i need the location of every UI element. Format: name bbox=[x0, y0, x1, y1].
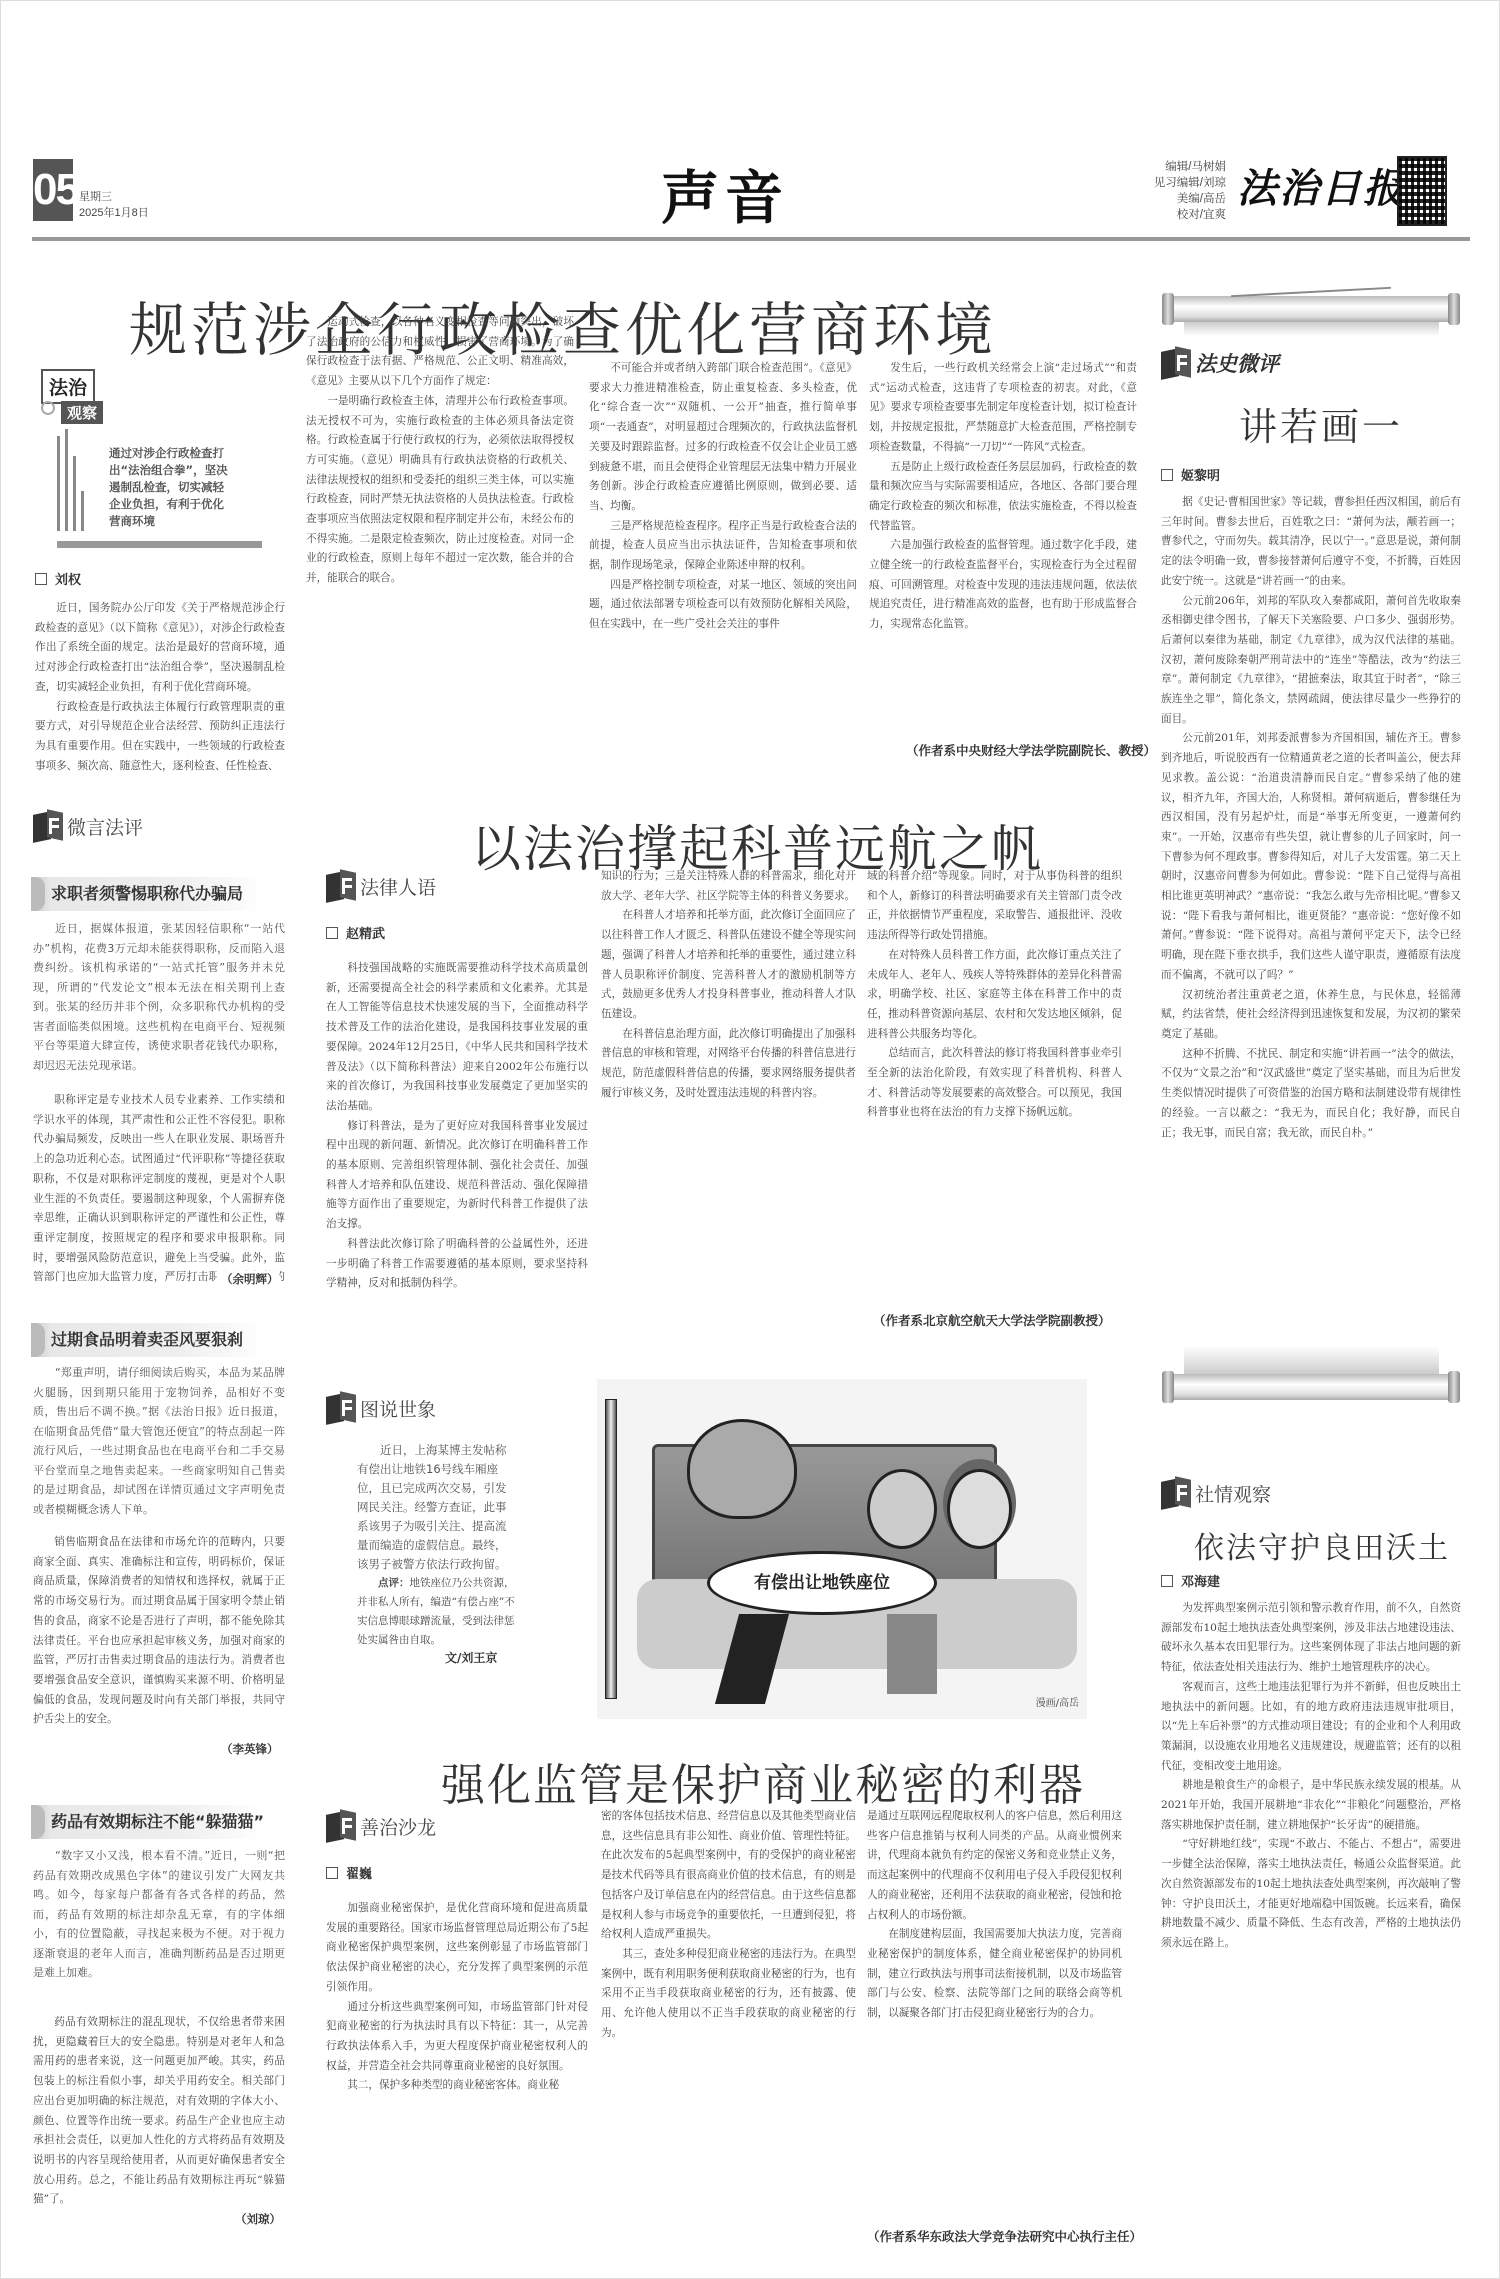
paragraph: 五是防止上级行政检查任务层层加码，行政检查的数量和频次应当与实际需要相适应，各地… bbox=[869, 458, 1137, 537]
article-column: 域的科普介绍”等现象。同时，对于从事伪科普的组织和个人，新修订的科普法明确要求有… bbox=[867, 867, 1122, 1289]
scroll-bottom-rod bbox=[1166, 1374, 1456, 1400]
section-title: 声音 bbox=[661, 151, 789, 235]
scroll-paper-shade bbox=[1184, 1346, 1439, 1374]
cartoon-legs bbox=[887, 1614, 937, 1694]
scroll-paper-shade bbox=[1184, 322, 1439, 336]
article-column: 不可能合并或者纳入跨部门联合检查范围”。《意见》要求大力推进精准检查，防止重复检… bbox=[589, 359, 857, 789]
paragraph: 在制度建构层面，我国需要加大执法力度，完善商业秘密保护的制度体系，健全商业秘密保… bbox=[867, 1925, 1122, 2024]
paragraph: 这种不折腾、不扰民、制定和实施“讲若画一”法令的做法，不仅为“文景之治”和“汉武… bbox=[1161, 1045, 1461, 1144]
column-tag-history: 法史微评 bbox=[1161, 346, 1279, 380]
observation-tag-bottom: 观察 bbox=[61, 401, 103, 424]
paragraph: “郑重声明，请仔细阅读后购买，本品为某品牌火腿肠，因到期只能用于宠物饲养，品相好… bbox=[33, 1363, 285, 1519]
picture-author: 文/刘王京 bbox=[445, 1649, 497, 1666]
byline-box-icon bbox=[1161, 469, 1173, 481]
paragraph: 通过分析这些典型案例可知，市场监管部门针对侵犯商业秘密的行为执法时具有以下特征：… bbox=[326, 1998, 588, 2077]
author-name: 姬黎明 bbox=[1181, 469, 1220, 484]
item-title: 药品有效期标注不能“躲猫猫” bbox=[31, 1805, 266, 1839]
scroll-rod bbox=[1166, 296, 1456, 322]
item-lead: “郑重声明，请仔细阅读后购买，本品为某品牌火腿肠，因到期只能用于宠物饲养，品相好… bbox=[33, 1363, 285, 1521]
scroll-top-rod bbox=[1166, 296, 1456, 322]
cartoon-illustration: 有偿出让地铁座位 漫画/高岳 bbox=[597, 1379, 1087, 1719]
column-tag-label: 微言法评 bbox=[67, 813, 143, 840]
paragraph: 发生后，一些行政机关经常会上演“走过场式”“和责式”运动式检查，这违背了专项检查… bbox=[869, 359, 1137, 458]
author-note: （作者系华东政法大学竞争法研究中心执行主任） bbox=[867, 2227, 1142, 2245]
paragraph: 公元前206年，刘邦的军队攻入秦都咸阳，萧何首先收取秦丞相御史律令图书，了解天下… bbox=[1161, 592, 1461, 730]
paragraph: 知识的行为；三是关注特殊人群的科普需求，细化对开放大学、老年大学、社区学院等主体… bbox=[601, 867, 856, 906]
article-column: 加强商业秘密保护，是优化营商环境和促进高质量发展的重要路径。国家市场监督管理总局… bbox=[326, 1899, 588, 2239]
paragraph: 四是严格控制专项检查，对某一地区、领域的突出问题，通过依法部署专项检查可以有效预… bbox=[589, 576, 857, 635]
observation-tag-top: 法治 bbox=[41, 369, 95, 404]
editor-credit: 美编/高岳 bbox=[1146, 191, 1226, 207]
item-signature: （李英锋） bbox=[217, 1741, 279, 1757]
cartoon-credit: 漫画/高岳 bbox=[1036, 1694, 1079, 1709]
editor-credit: 见习编辑/刘琼 bbox=[1146, 175, 1226, 191]
column-tag-law: 法律人语 bbox=[326, 869, 436, 903]
article-column: 科技强国战略的实施既需要推动科学技术高质量创新，还需要提高全社会的科学素质和文化… bbox=[326, 959, 588, 1359]
f-cube-icon bbox=[326, 869, 356, 903]
column-tag-picture: 图说世象 bbox=[326, 1391, 436, 1425]
decorative-base-bar bbox=[57, 541, 262, 548]
paragraph: 行政检查是行政执法主体履行行政管理职责的重要方式，对引导规范企业合法经营、预防纠… bbox=[35, 698, 285, 777]
headline-secrets: 强化监管是保护商业秘密的利器 bbox=[441, 1749, 1085, 1813]
pull-quote: 通过对涉企行政检查打出“法治组合拳”，坚决遏制乱检查，切实减轻企业负担，有利于优… bbox=[109, 445, 229, 530]
column-tag-label: 善治沙龙 bbox=[360, 1813, 436, 1840]
byline: 赵精武 bbox=[326, 923, 385, 942]
item-body: 药品有效期标注的混乱现状，不仅给患者带来困扰，更隐藏着巨大的安全隐患。特别是对老… bbox=[33, 2013, 285, 2231]
scroll-rod bbox=[1166, 1374, 1456, 1400]
f-cube-icon bbox=[33, 809, 63, 843]
editor-credit: 编辑/马树娟 bbox=[1146, 159, 1226, 175]
date: 2025年1月8日 bbox=[79, 205, 149, 221]
byline: 翟巍 bbox=[326, 1863, 372, 1882]
column-tag-label: 社情观察 bbox=[1195, 1480, 1271, 1507]
paragraph: 销售临期食品在法律和市场允许的范畴内，只要商家全面、真实、准确标注和宣传，明码标… bbox=[33, 1533, 285, 1730]
column-tag-label: 法史微评 bbox=[1195, 348, 1279, 378]
paragraph: 运动式检查，以各种名义变相检查等问题突出，破坏了法治政府的公信力和权威性，损害了… bbox=[306, 313, 574, 392]
cartoon-pole bbox=[605, 1399, 617, 1699]
issue-date: 星期三 2025年1月8日 bbox=[79, 189, 149, 221]
article-column: 密的客体包括技术信息、经营信息以及其他类型商业信息，这些信息具有非公知性、商业价… bbox=[601, 1807, 856, 2239]
paragraph: “数字又小又浅，根本看不清。”近日，一则“把药品有效期改成黑色字体”的建议引发广… bbox=[33, 1846, 285, 1983]
page-number: 05 bbox=[33, 159, 73, 221]
paragraph: 近日，国务院办公厅印发《关于严格规范涉企行政检查的意见》（以下简称《意见》），对… bbox=[35, 599, 285, 698]
paragraph: 科普法此次修订除了明确科普的公益属性外，还进一步明确了科普工作需要遵循的基本原则… bbox=[326, 1235, 588, 1294]
paragraph: 在科普人才培养和托举方面，此次修订全面回应了以往科普工作人才匮乏、科普队伍建设不… bbox=[601, 906, 856, 1024]
item-lead: “数字又小又浅，根本看不清。”近日，一则“把药品有效期改成黑色字体”的建议引发广… bbox=[33, 1846, 285, 2004]
byline-box-icon bbox=[326, 927, 338, 939]
item-lead: 近日，据媒体报道，张某因轻信职称“一站代办”机构，花费3万元却未能获得职称，反而… bbox=[33, 919, 285, 1077]
item-title: 过期食品明着卖歪风要狠刹 bbox=[31, 1323, 266, 1357]
comment-label: 点评： bbox=[378, 1577, 410, 1589]
item-signature: （余明辉） bbox=[217, 1271, 279, 1287]
paragraph: 在对特殊人员科普工作方面，此次修订重点关注了未成年人、老年人、残疾人等特殊群体的… bbox=[867, 946, 1122, 1045]
paragraph: 其三，查处多种侵犯商业秘密的违法行为。在典型案例中，既有利用职务便利获取商业秘密… bbox=[601, 1945, 856, 2044]
column-tag-micro: 微言法评 bbox=[33, 809, 143, 843]
byline: 邓海建 bbox=[1161, 1571, 1220, 1590]
cartoon-man-head bbox=[687, 1419, 797, 1519]
cartoon-old-man-head bbox=[867, 1469, 937, 1549]
f-cube-icon bbox=[326, 1809, 356, 1843]
paragraph: 职称评定是专业技术人员专业素养、工作实绩和学识水平的体现，其严肃性和公正性不容侵… bbox=[33, 1091, 285, 1288]
author-name: 赵精武 bbox=[346, 927, 385, 942]
item-signature: （刘琼） bbox=[231, 2211, 281, 2227]
paragraph: 药品有效期标注的混乱现状，不仅给患者带来困扰，更隐藏着巨大的安全隐患。特别是对老… bbox=[33, 2013, 285, 2210]
f-cube-icon bbox=[1161, 346, 1191, 380]
column-tag-label: 图说世象 bbox=[360, 1395, 436, 1422]
column-tag-social: 社情观察 bbox=[1161, 1476, 1271, 1510]
picture-text: 近日，上海某博主发帖称有偿出让地铁16号线车厢座位，且已完成两次交易，引发网民关… bbox=[357, 1441, 517, 1574]
decorative-bars bbox=[57, 429, 89, 531]
article-column: 近日，国务院办公厅印发《关于严格规范涉企行政检查的意见》（以下简称《意见》），对… bbox=[35, 599, 285, 779]
headline-history: 讲若画一 bbox=[1239, 396, 1403, 451]
byline-box-icon bbox=[35, 573, 47, 585]
article-column: 据《史记·曹相国世家》等记载，曹参担任西汉相国，前后有三年时间。曹参去世后，百姓… bbox=[1161, 493, 1461, 1333]
item-body: 销售临期食品在法律和市场允许的范畴内，只要商家全面、真实、准确标注和宣传，明码标… bbox=[33, 1533, 285, 1759]
author-note: （作者系北京航空航天大学法学院副教授） bbox=[873, 1311, 1111, 1329]
byline: 刘权 bbox=[35, 569, 81, 588]
editor-credit: 校对/宜爽 bbox=[1146, 207, 1226, 223]
magnifier-icon bbox=[41, 401, 55, 415]
paragraph: 是通过互联网远程爬取权利人的客户信息，然后利用这些客户信息推销与权利人同类的产品… bbox=[867, 1807, 1122, 1925]
editor-credits: 编辑/马树娟 见习编辑/刘琼 美编/高岳 校对/宜爽 bbox=[1146, 159, 1226, 223]
paragraph: 其二，保护多种类型的商业秘密客体。商业秘 bbox=[326, 2076, 588, 2096]
f-cube-icon bbox=[1161, 1476, 1191, 1510]
cartoon-woman-head bbox=[947, 1469, 1012, 1549]
paragraph: 三是严格规范检查程序。程序正当是行政检查合法的前提，检查人员应当出示执法证件，告… bbox=[589, 517, 857, 576]
article-column: 为发挥典型案例示范引领和警示教育作用，前不久，自然资源部发布10起土地执法查处典… bbox=[1161, 1599, 1461, 2239]
item-body: 职称评定是专业技术人员专业素养、工作实绩和学识水平的体现，其严肃性和公正性不容侵… bbox=[33, 1091, 285, 1288]
headline-social: 依法守护良田沃土 bbox=[1194, 1523, 1450, 1567]
paragraph: 修订科普法，是为了更好应对我国科普事业发展过程中出现的新问题、新情况。此次修订在… bbox=[326, 1117, 588, 1235]
paragraph: 耕地是粮食生产的命根子，是中华民族永续发展的根基。从2021年开始，我国开展耕地… bbox=[1161, 1776, 1461, 1835]
paragraph: 六是加强行政检查的监督管理。通过数字化手段，建立健全统一的行政检查监督平台，实现… bbox=[869, 536, 1137, 635]
f-cube-icon bbox=[326, 1391, 356, 1425]
paragraph: 汉初统治者注重黄老之道，休养生息，与民休息，轻徭薄赋，约法省禁，使社会经济得到迅… bbox=[1161, 986, 1461, 1045]
paragraph: 不可能合并或者纳入跨部门联合检查范围”。《意见》要求大力推进精准检查，防止重复检… bbox=[589, 359, 857, 517]
qr-code-icon bbox=[1397, 156, 1447, 226]
item-title: 求职者须警惕职称代办骗局 bbox=[31, 877, 266, 911]
author-name: 刘权 bbox=[55, 573, 81, 588]
paragraph: 客观而言，这些土地违法犯罪行为并不新鲜，但也反映出土地执法中的新问题。比如，有的… bbox=[1161, 1678, 1461, 1777]
paragraph: 域的科普介绍”等现象。同时，对于从事伪科普的组织和个人，新修订的科普法明确要求有… bbox=[867, 867, 1122, 946]
paragraph: 科技强国战略的实施既需要推动科学技术高质量创新，还需要提高全社会的科学素质和文化… bbox=[326, 959, 588, 1117]
article-column: 知识的行为；三是关注特殊人群的科普需求，细化对开放大学、老年大学、社区学院等主体… bbox=[601, 867, 856, 1361]
byline-box-icon bbox=[1161, 1575, 1173, 1587]
paragraph: “守好耕地红线”，实现“不敢占、不能占、不想占”，需要进一步健全法治保障，落实土… bbox=[1161, 1835, 1461, 1953]
paragraph: 据《史记·曹相国世家》等记载，曹参担任西汉相国，前后有三年时间。曹参去世后，百姓… bbox=[1161, 493, 1461, 592]
author-name: 邓海建 bbox=[1181, 1575, 1220, 1590]
masthead-divider bbox=[32, 237, 1470, 241]
paper-logo: 法治日报 bbox=[1237, 157, 1405, 214]
paragraph: 密的客体包括技术信息、经营信息以及其他类型商业信息，这些信息具有非公知性、商业价… bbox=[601, 1807, 856, 1945]
author-note: （作者系中央财经大学法学院副院长、教授） bbox=[906, 741, 1156, 759]
picture-comment: 点评：地铁座位乃公共资源，并非私人所有，编造“有偿占座”不实信息博眼球蹭流量，受… bbox=[357, 1574, 517, 1650]
paragraph: 加强商业秘密保护，是优化营商环境和促进高质量发展的重要路径。国家市场监督管理总局… bbox=[326, 1899, 588, 1998]
byline-box-icon bbox=[326, 1867, 338, 1879]
cartoon-speech-bubble: 有偿出让地铁座位 bbox=[707, 1551, 937, 1615]
paragraph: 一是明确行政检查主体，清理并公布行政检查事项。法无授权不可为，实施行政检查的主体… bbox=[306, 392, 574, 589]
paragraph: 为发挥典型案例示范引领和警示教育作用，前不久，自然资源部发布10起土地执法查处典… bbox=[1161, 1599, 1461, 1678]
paragraph: 总结而言，此次科普法的修订将我国科普事业牵引至全新的法治化阶段，有效实现了科普机… bbox=[867, 1044, 1122, 1123]
newspaper-page: 05 星期三 2025年1月8日 声音 编辑/马树娟 见习编辑/刘琼 美编/高岳… bbox=[0, 0, 1500, 2279]
column-tag-governance: 善治沙龙 bbox=[326, 1809, 436, 1843]
article-column: 运动式检查，以各种名义变相检查等问题突出，破坏了法治政府的公信力和权威性，损害了… bbox=[306, 313, 574, 781]
byline: 姬黎明 bbox=[1161, 465, 1220, 484]
paragraph: 近日，据媒体报道，张某因轻信职称“一站代办”机构，花费3万元却未能获得职称，反而… bbox=[33, 919, 285, 1075]
paragraph: 在科普信息治理方面，此次修订明确提出了加强科普信息的审核和管理，对网络平台传播的… bbox=[601, 1025, 856, 1104]
weekday: 星期三 bbox=[79, 189, 149, 205]
article-column: 发生后，一些行政机关经常会上演“走过场式”“和责式”运动式检查，这违背了专项检查… bbox=[869, 359, 1137, 724]
article-column: 是通过互联网远程爬取权利人的客户信息，然后利用这些客户信息推销与权利人同类的产品… bbox=[867, 1807, 1122, 2202]
author-name: 翟巍 bbox=[346, 1867, 372, 1882]
paragraph: 公元前201年，刘邦委派曹参为齐国相国，辅佐齐王。曹参到齐地后，听说胶西有一位精… bbox=[1161, 729, 1461, 985]
column-tag-label: 法律人语 bbox=[360, 873, 436, 900]
